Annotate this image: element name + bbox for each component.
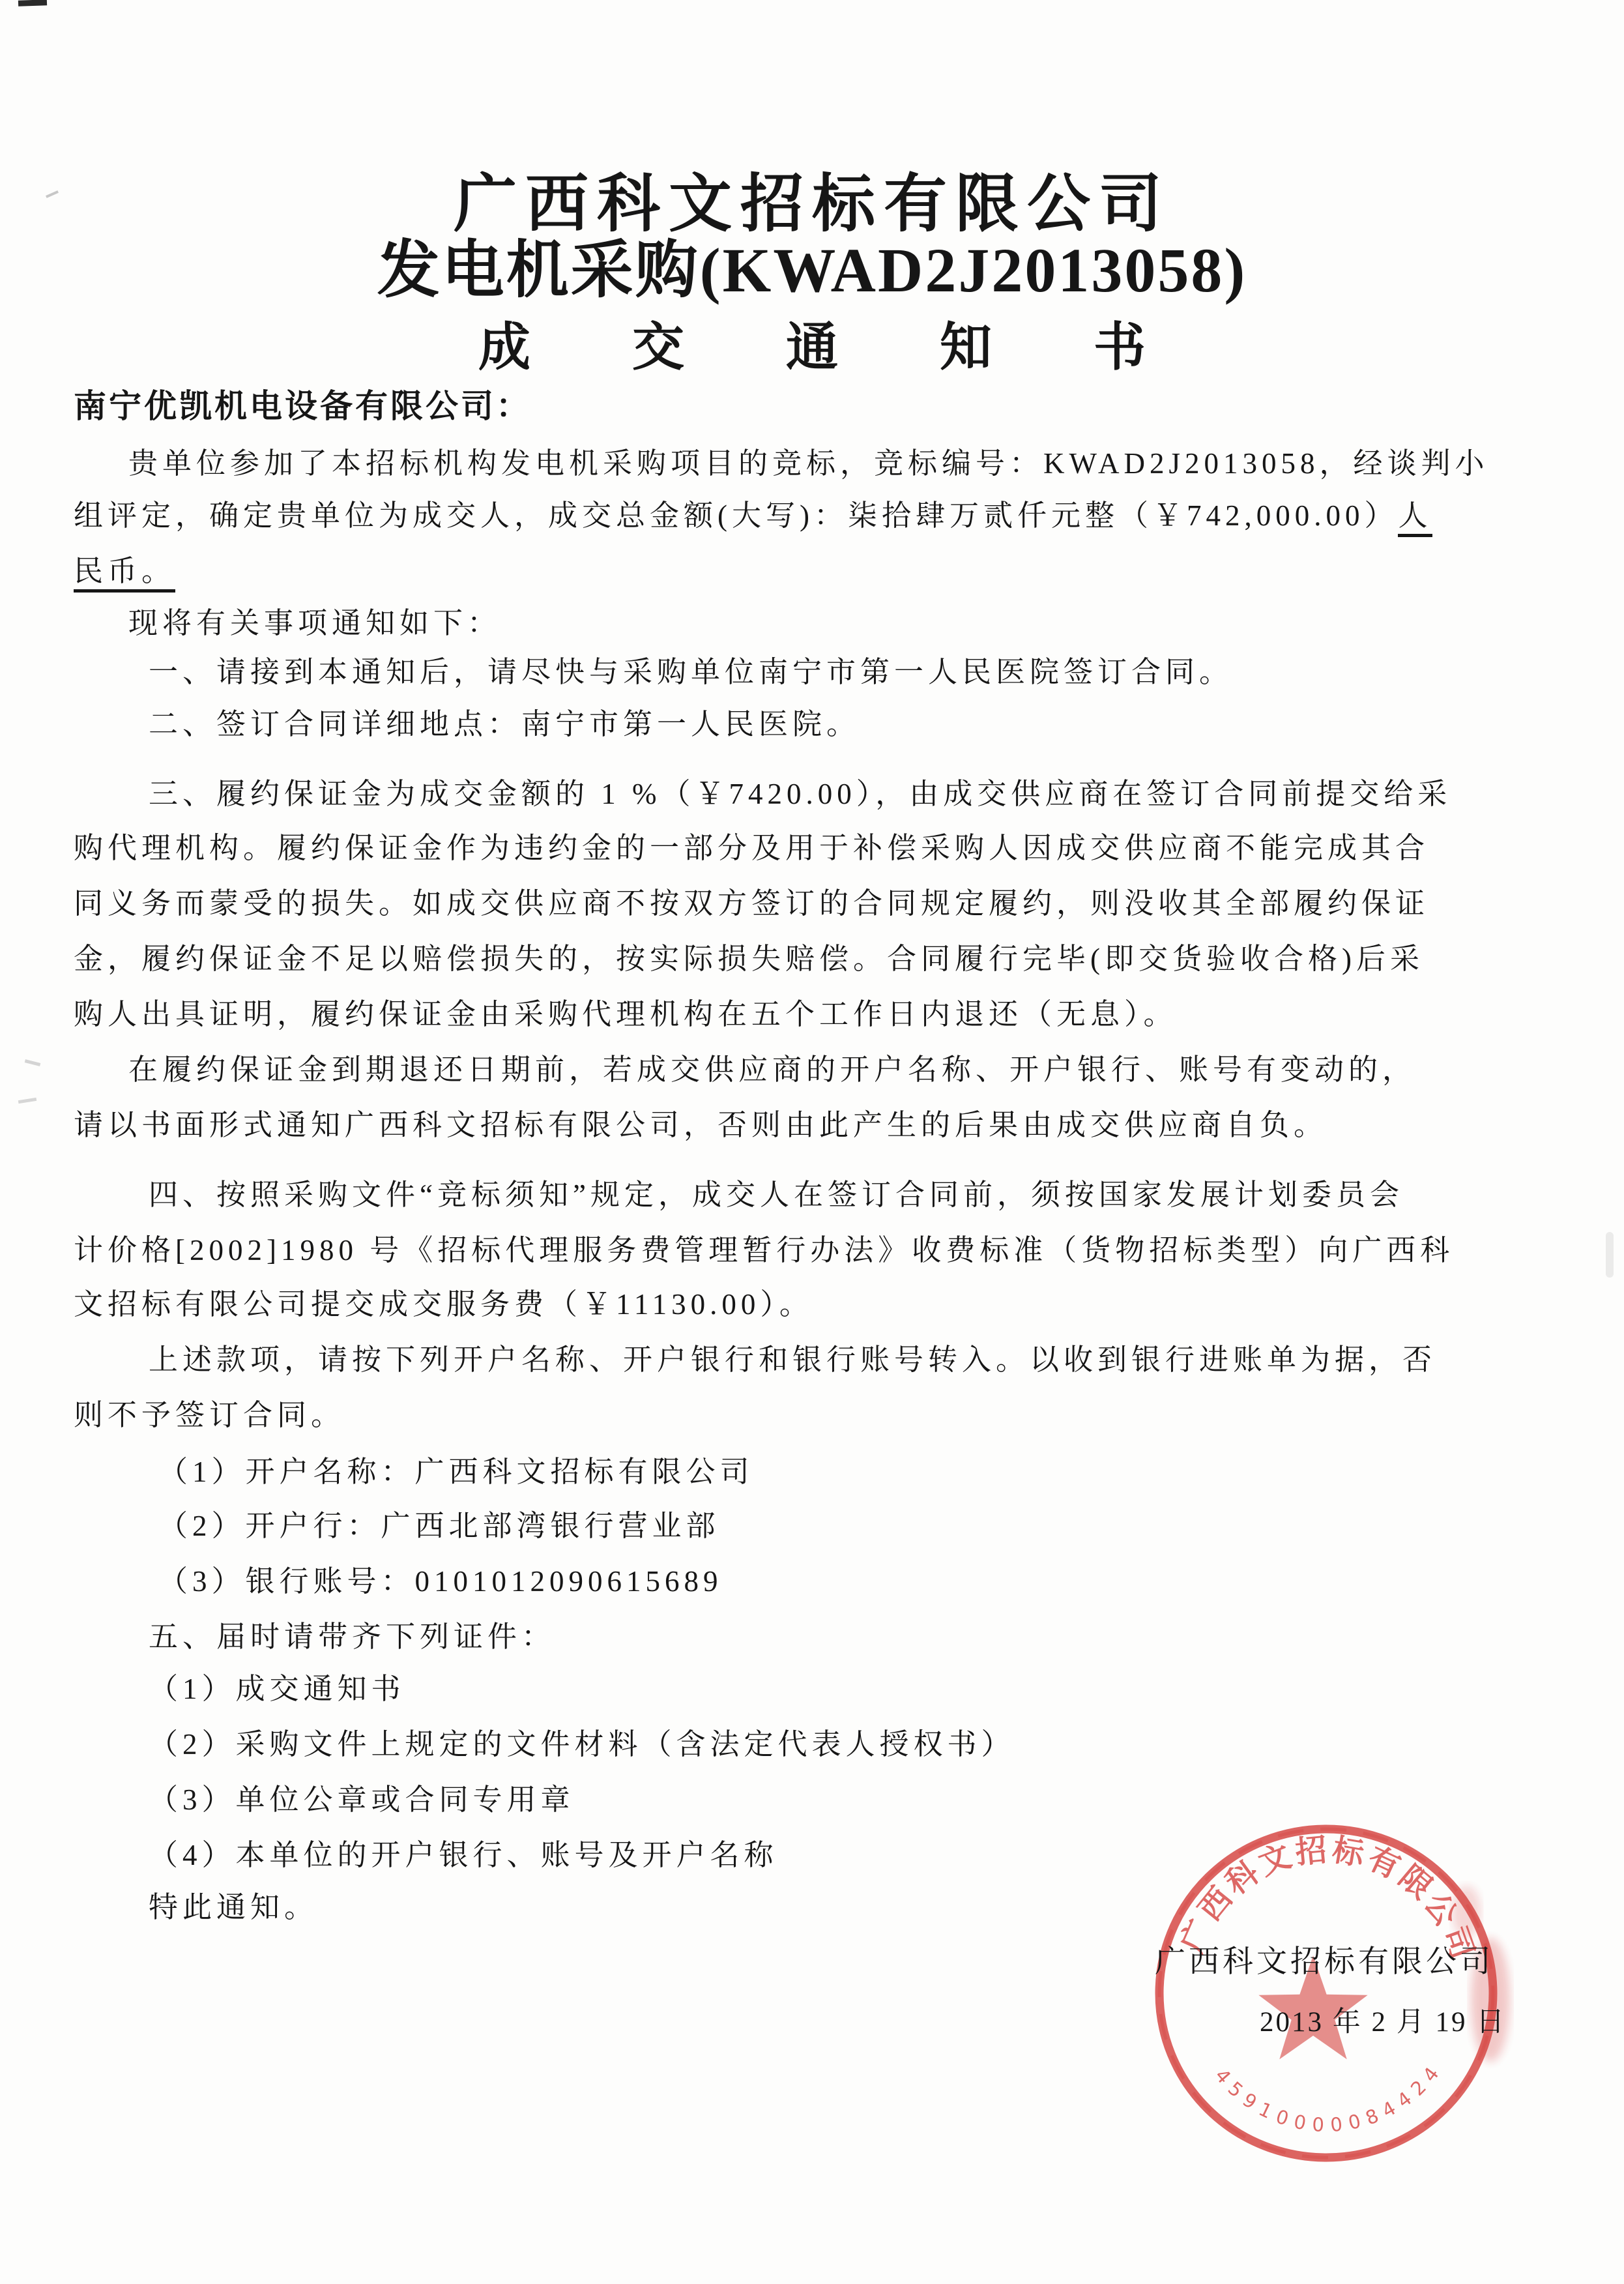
- scan-artifact: [18, 0, 47, 7]
- scan-artifact: [25, 1059, 40, 1066]
- body-line-item3-7: 请以书面形式通知广西科文招标有限公司，否则由此产生的后果由成交供应商自负。: [74, 1101, 1327, 1143]
- body-line-item3-2: 购代理机构。履约保证金作为违约金的一部分及用于补偿采购人因成交供应商不能完成其合: [74, 824, 1429, 866]
- body-line-item5: 五、届时请带齐下列证件：: [149, 1613, 555, 1655]
- body-line-p1l3: 民币。: [74, 547, 175, 589]
- body-line-item3-1: 三、履约保证金为成交金额的 1 %（￥7420.00），由成交供应商在签订合同前…: [149, 770, 1451, 812]
- seal-code-arc-text: 45910000084424: [1211, 2057, 1448, 2136]
- body-line-item3-3: 同义务而蒙受的损失。如成交供应商不按双方签订的合同规定履约，则没收其全部履约保证: [74, 879, 1429, 922]
- body-line-cert2: （2）采购文件上规定的文件材料（含法定代表人授权书）: [149, 1720, 1015, 1763]
- body-line-closing: 特此通知。: [149, 1883, 318, 1925]
- p1l2-main: 组评定，确定贵单位为成交人，成交总金额(大写)：柒拾肆万贰仟元整（￥742,00…: [74, 499, 1398, 532]
- doc-title-project: 发电机采购(KWAD2J2013058): [0, 220, 1624, 310]
- p1l2-underlined-text: 人: [1398, 499, 1432, 537]
- body-line-bank-name: （1）开户名称：广西科文招标有限公司: [158, 1448, 754, 1490]
- body-line-item4-3: 文招标有限公司提交成交服务费（￥11130.00）。: [74, 1280, 813, 1323]
- body-line-item4-1: 四、按照采购文件“竞标须知”规定，成交人在签订合同前，须按国家发展计划委员会: [149, 1171, 1404, 1213]
- signature-date: 2013 年 2 月 19 日: [1260, 2000, 1506, 2040]
- body-line-item2: 二、签订合同详细地点：南宁市第一人民医院。: [149, 700, 860, 742]
- body-line-bank-branch: （2）开户行：广西北部湾银行营业部: [158, 1502, 720, 1544]
- body-line-item3-6: 在履约保证金到期退还日期前，若成交供应商的开户名称、开户银行、账号有变动的，: [128, 1046, 1416, 1088]
- body-line-item4-5: 则不予签订合同。: [74, 1391, 345, 1433]
- body-line-item4-4: 上述款项，请按下列开户名称、开户银行和银行账号转入。以收到银行进账单为据，否: [149, 1336, 1436, 1378]
- body-line-bank-account: （3）银行账号：0101012090615689: [158, 1557, 723, 1600]
- addressee-line: 南宁优凯机电设备有限公司：: [74, 380, 531, 427]
- company-seal-stamp: 广西科文招标有限公司 45910000084424: [1131, 1804, 1522, 2186]
- body-line-cert1: （1）成交通知书: [149, 1665, 405, 1707]
- body-line-cert4: （4）本单位的开户银行、账号及开户名称: [149, 1831, 778, 1873]
- body-line-intro: 现将有关事项通知如下：: [128, 599, 501, 641]
- body-line-item1: 一、请接到本通知后，请尽快与采购单位南宁市第一人民医院签订合同。: [149, 648, 1233, 690]
- document-page: 广西科文招标有限公司 45910000084424 广西科文招标有限公司 发电机…: [0, 0, 1624, 2284]
- body-line-p1l2: 组评定，确定贵单位为成交人，成交总金额(大写)：柒拾肆万贰仟元整（￥742,00…: [74, 491, 1432, 534]
- scan-artifact: [1606, 1232, 1614, 1278]
- signature-company: 广西科文招标有限公司: [1155, 1937, 1494, 1981]
- body-line-item3-5: 购人出具证明，履约保证金由采购代理机构在五个工作日内退还（无息）。: [74, 990, 1178, 1032]
- scan-artifact: [18, 1098, 36, 1104]
- body-line-item4-2: 计价格[2002]1980 号《招标代理服务费管理暂行办法》收费标准（货物招标类…: [74, 1226, 1454, 1268]
- body-line-item3-4: 金，履约保证金不足以赔偿损失的，按实际损失赔偿。合同履行完毕(即交货验收合格)后…: [74, 935, 1424, 977]
- doc-title-notice: 成 交 通 知 书: [0, 305, 1624, 380]
- p1l3-underlined-text: 民币。: [74, 555, 175, 593]
- body-line-cert3: （3）单位公章或合同专用章: [149, 1776, 575, 1818]
- body-line-p1l1: 贵单位参加了本招标机构发电机采购项目的竞标，竞标编号：KWAD2J2013058…: [128, 439, 1489, 482]
